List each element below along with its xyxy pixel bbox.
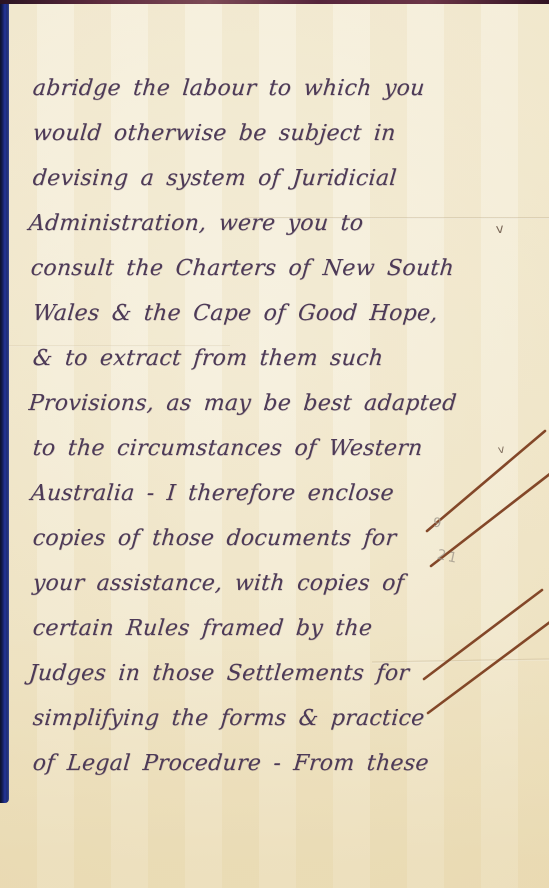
handwritten-line: Australia - I therefore enclose xyxy=(28,481,458,526)
handwritten-line: your assistance, with copies of xyxy=(30,571,458,616)
book-binding-stripe xyxy=(0,3,9,803)
handwritten-line: copies of those documents for xyxy=(30,526,458,571)
handwritten-text-block: abridge the labour to which you would ot… xyxy=(30,76,454,796)
handwritten-line: devising a system of Juridicial xyxy=(30,166,458,211)
ink-check-mark: v xyxy=(495,222,504,238)
handwritten-line: & to extract from them such xyxy=(30,346,458,391)
handwritten-line: abridge the labour to which you xyxy=(30,76,458,121)
handwritten-line: simplifying the forms & practice xyxy=(30,706,458,751)
handwritten-line: Judges in those Settlements for xyxy=(26,661,458,706)
handwritten-line: would otherwise be subject in xyxy=(30,121,458,166)
ink-check-mark: v xyxy=(497,443,506,457)
handwritten-line: Wales & the Cape of Good Hope, xyxy=(30,301,458,346)
handwritten-line: consult the Charters of New South xyxy=(28,256,458,301)
handwritten-line: Administration, were you to xyxy=(26,211,458,256)
handwritten-line: certain Rules framed by the xyxy=(30,616,458,661)
handwritten-line: of Legal Procedure - From these xyxy=(30,751,458,796)
scan-top-edge xyxy=(0,0,549,4)
manuscript-page: abridge the labour to which you would ot… xyxy=(0,0,549,888)
handwritten-line: to the circumstances of Western xyxy=(30,436,458,481)
handwritten-line: Provisions, as may be best adapted xyxy=(26,391,458,436)
